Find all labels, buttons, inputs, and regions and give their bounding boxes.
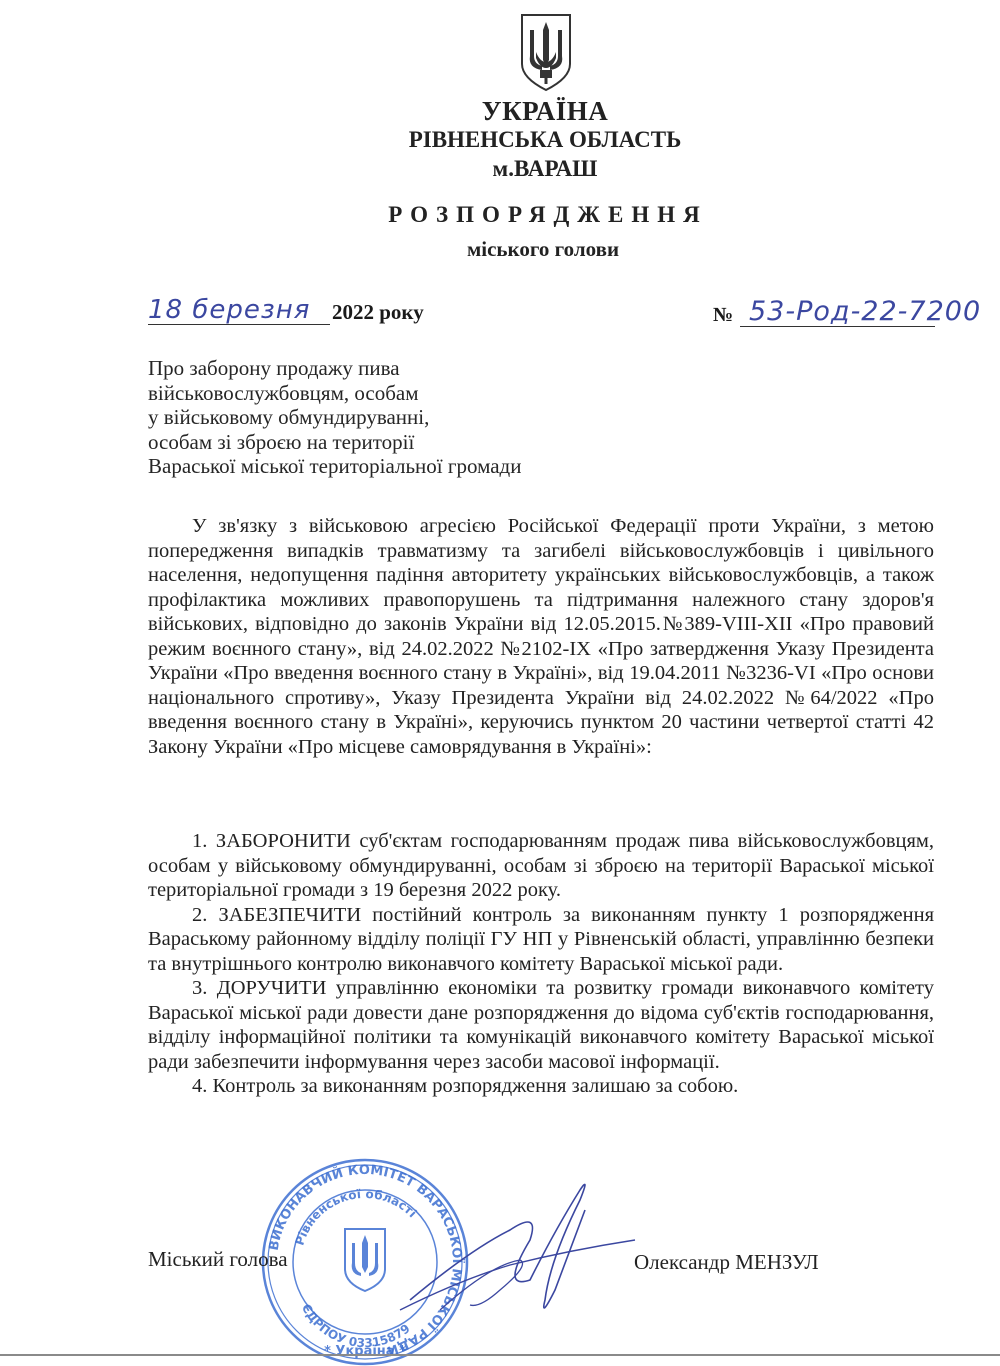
document-number: № 53-Род-22-7200 bbox=[713, 298, 993, 334]
subject-line: Вараської міської територіальної громади bbox=[148, 454, 521, 479]
document-issuer: міського голови bbox=[0, 237, 1000, 262]
page-bottom-rule bbox=[0, 1354, 1000, 1356]
document-date: 18 березня 2022 року bbox=[148, 296, 448, 330]
trident-icon bbox=[518, 12, 574, 92]
handwritten-signature bbox=[380, 1170, 640, 1340]
order-items: 1. ЗАБОРОНИТИ суб'єктам господарюванням … bbox=[148, 829, 934, 1099]
preamble: У зв'язку з військовою агресією Російськ… bbox=[148, 514, 934, 759]
subject-line: військовослужбовцям, особам bbox=[148, 381, 521, 406]
preamble-text: У зв'язку з військовою агресією Російськ… bbox=[148, 514, 934, 759]
document-type: РОЗПОРЯДЖЕННЯ bbox=[0, 202, 1000, 228]
signatory-position: Міський голова bbox=[148, 1247, 288, 1272]
header-country: УКРАЇНА bbox=[0, 96, 1000, 127]
subject-line: Про заборону продажу пива bbox=[148, 356, 521, 381]
order-item-4: 4. Контроль за виконанням розпорядження … bbox=[148, 1074, 934, 1099]
order-item-3: 3. ДОРУЧИТИ управлінню економіки та розв… bbox=[148, 976, 934, 1074]
order-item-1: 1. ЗАБОРОНИТИ суб'єктам господарюванням … bbox=[148, 829, 934, 903]
header-city: м.ВАРАШ bbox=[0, 156, 1000, 182]
signatory-name: Олександр МЕНЗУЛ bbox=[634, 1250, 819, 1275]
document-subject: Про заборону продажу пива військовослужб… bbox=[148, 356, 521, 479]
date-handwritten: 18 березня bbox=[148, 296, 330, 325]
number-sign: № bbox=[713, 304, 733, 327]
number-handwritten: 53-Род-22-7200 bbox=[749, 296, 981, 327]
date-year: 2022 року bbox=[332, 300, 424, 325]
subject-line: особам зі зброєю на території bbox=[148, 430, 521, 455]
order-item-2: 2. ЗАБЕЗПЕЧИТИ постійний контроль за вик… bbox=[148, 903, 934, 977]
stamp-bottom-text: * Україна * bbox=[324, 1344, 406, 1359]
subject-line: у військовому обмундируванні, bbox=[148, 405, 521, 430]
header-region: РІВНЕНСЬКА ОБЛАСТЬ bbox=[0, 127, 1000, 153]
